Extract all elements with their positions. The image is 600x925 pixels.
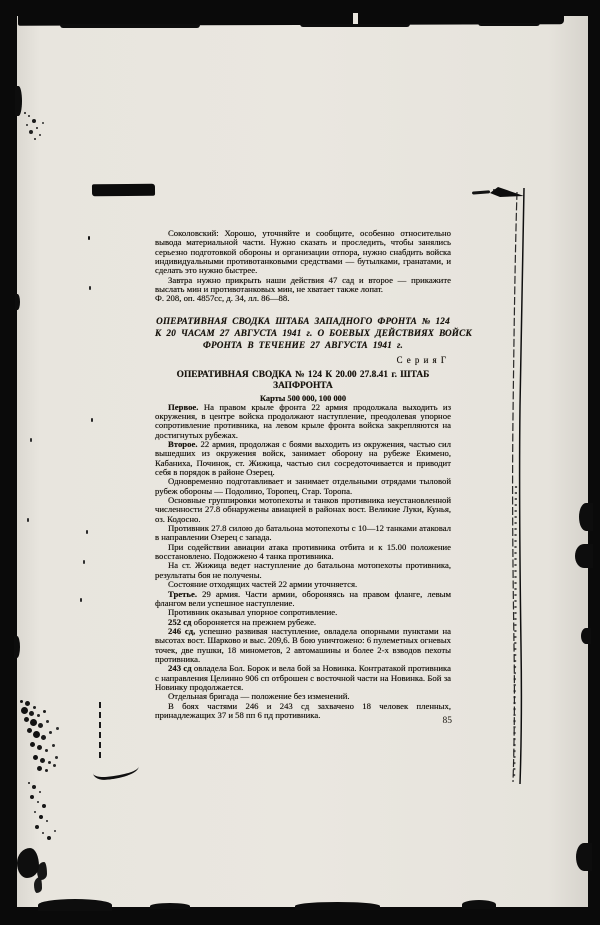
paragraph-text: На правом крыле фронта 22 армия продолжа…	[155, 402, 451, 440]
right-edge-bulge	[575, 544, 593, 568]
document-text-column: Соколовский: Хорошо, уточняйте и сообщит…	[155, 229, 451, 720]
page-number: 85	[420, 716, 452, 726]
paragraph-text: 22 армия, продолжая с боями выходить из …	[155, 439, 451, 477]
report-paragraph: Основные группировки мотопехоты и танков…	[155, 496, 451, 524]
intro-paragraph-text: Соколовский: Хорошо, уточняйте и сообщит…	[155, 228, 451, 275]
scan-edge-right	[588, 0, 600, 925]
right-edge-bulge	[581, 628, 591, 644]
paragraph-text: успешно развивая наступление, овладела о…	[155, 626, 451, 664]
bottom-edge-bump	[38, 899, 112, 911]
intro-paragraph: Завтра нужно прикрыть наши действия 47 с…	[155, 276, 451, 295]
report-paragraph: Второе. 22 армия, продолжая с боями выхо…	[155, 440, 451, 477]
margin-speckles	[28, 782, 30, 784]
report-paragraph: 246 сд, успешно развивая наступление, ов…	[155, 627, 451, 664]
scan-canvas: { "page": { "paper_color": "#e8e5de", "i…	[0, 0, 600, 925]
page-edge-crease-lines	[504, 186, 530, 791]
report-paragraph: Противник 27.8 силою до батальона мотопе…	[155, 524, 451, 543]
document-title-line: ОПЕРАТИВНАЯ СВОДКА ШТАБА ЗАПАДНОГО ФРОНТ…	[155, 315, 451, 327]
left-edge-bump	[14, 636, 20, 658]
right-edge-bulge	[579, 503, 593, 531]
margin-dashed-line	[99, 702, 101, 758]
ink-blob	[17, 848, 39, 878]
report-title-line: ОПЕРАТИВНАЯ СВОДКА № 124 К 20.00 27.8.41…	[155, 370, 451, 381]
report-paragraph: Третье. 29 армия. Части армии, обороняяс…	[155, 590, 451, 609]
intro-paragraph-text: Завтра нужно прикрыть наши действия 47 с…	[155, 275, 451, 294]
series-label: С е р и я Г	[155, 355, 451, 365]
bottom-edge-bump	[462, 900, 496, 909]
report-paragraph: Первое. На правом крыле фронта 22 армия …	[155, 403, 451, 440]
document-title-line: К 20 ЧАСАМ 27 АВГУСТА 1941 г. О БОЕВЫХ Д…	[155, 327, 451, 339]
paragraph-text: В боях частями 246 и 243 сд захвачено 18…	[155, 701, 451, 720]
report-paragraph: В боях частями 246 и 243 сд захвачено 18…	[155, 702, 451, 721]
document-title-line: ФРОНТА В ТЕЧЕНИЕ 27 АВГУСТА 1941 г.	[155, 339, 451, 351]
left-edge-bump	[15, 86, 22, 116]
torn-top-lump	[300, 24, 410, 27]
scan-edge-left	[0, 0, 17, 925]
archive-reference: Ф. 208, оп. 4857сс, д. 34, лл. 86—88.	[155, 294, 451, 303]
report-title-line: ЗАПФРОНТА	[155, 381, 451, 392]
torn-top-lump	[60, 24, 200, 28]
bottom-edge-bump	[150, 903, 190, 909]
paragraph-text: 29 армия. Части армии, обороняясь на пра…	[155, 589, 451, 608]
paragraph-text: При содействии авиации атака противника …	[155, 542, 451, 561]
paragraph-text: Противник 27.8 силою до батальона мотопе…	[155, 523, 451, 542]
report-paragraph: При содействии авиации атака противника …	[155, 543, 451, 562]
paragraph-text: овладела Бол. Борок и вела бой за Новинк…	[155, 663, 451, 692]
right-edge-bulge	[576, 843, 592, 871]
paragraph-text: Основные группировки мотопехоты и танков…	[155, 495, 451, 524]
report-paragraph: Одновременно подготавливает и занимает о…	[155, 477, 451, 496]
left-edge-bump	[15, 294, 20, 310]
report-paragraph: На ст. Жижица ведет наступление до батал…	[155, 561, 451, 580]
margin-speckles	[88, 236, 90, 240]
report-title: ОПЕРАТИВНАЯ СВОДКА № 124 К 20.00 27.8.41…	[155, 370, 451, 392]
torn-top-notch	[353, 13, 358, 24]
report-paragraph: 243 сд овладела Бол. Борок и вела бой за…	[155, 664, 451, 692]
bottom-edge-bump	[295, 902, 380, 910]
document-title: ОПЕРАТИВНАЯ СВОДКА ШТАБА ЗАПАДНОГО ФРОНТ…	[155, 315, 451, 352]
paragraph-text: На ст. Жижица ведет наступление до батал…	[155, 560, 451, 579]
margin-speckles	[20, 700, 23, 703]
margin-speckles	[24, 112, 26, 114]
intro-paragraph: Соколовский: Хорошо, уточняйте и сообщит…	[155, 229, 451, 276]
torn-top-lump	[478, 23, 540, 26]
paragraph-text: Одновременно подготавливает и занимает о…	[155, 476, 451, 495]
ink-blob-bar	[92, 184, 155, 197]
